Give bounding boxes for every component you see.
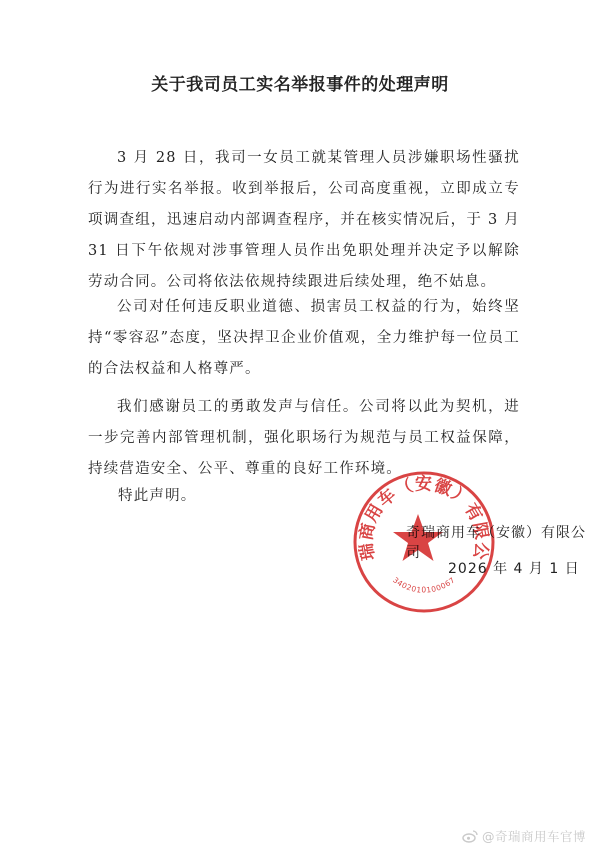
weibo-icon [462, 829, 478, 843]
paragraph-report: 3 月 28 日，我司一女员工就某管理人员涉嫌职场性骚扰行为进行实名举报。收到举… [88, 143, 520, 298]
document-title: 关于我司员工实名举报事件的处理声明 [0, 70, 600, 95]
company-seal-icon: 奇瑞商用车（安徽）有限公司 3402010100067 [352, 470, 496, 614]
paragraph-zero-tolerance: 公司对任何违反职业道德、损害员工权益的行为，始终坚持“零容忍”态度，坚决捍卫企业… [88, 292, 520, 385]
seal-number: 3402010100067 [391, 575, 457, 594]
watermark-text: @奇瑞商用车官博 [482, 827, 586, 845]
svg-text:3402010100067: 3402010100067 [391, 575, 457, 594]
weibo-watermark: @奇瑞商用车官博 [462, 827, 586, 845]
closing-statement: 特此声明。 [118, 484, 197, 505]
